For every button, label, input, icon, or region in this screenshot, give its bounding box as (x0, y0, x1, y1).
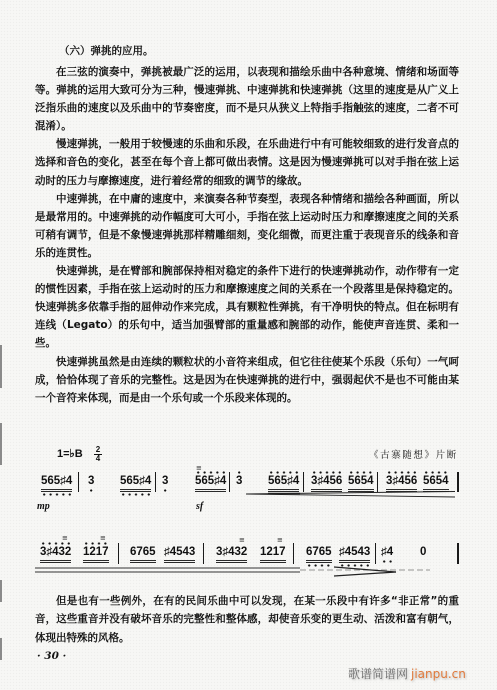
text-line: 等。弹挑的运用大致可分为三种，慢速弹挑、中速弹挑和快速弹挑（这里的速度是从广义上 (35, 83, 459, 97)
text-line: 快速弹挑多依靠手指的屈伸动作来完成，具有颗粒性弹挑，有干净明快的特点。但在标明有 (35, 300, 459, 314)
text-line: 在三弦的演奏中，弹挑被最广泛的运用，以表现和描绘乐曲中各种意境、情绪和场面等 (56, 65, 459, 79)
text-line: 可稍有调节，但是不象慢速弹挑那样精雕细刻，变化细微，而更注重于表现音乐的线条和音 (35, 228, 459, 242)
text-line: 成，恰恰体现了音乐的完整性。这是因为在快速弹挑的进行中，强弱起伏不是也不可能由某 (35, 373, 459, 387)
text-line: 体现出特殊的风格。 (35, 631, 130, 645)
text-line: 快速弹挑虽然是由连续的颗粒状的小音符来组成，但它往往使某个乐段（乐句）一气呵 (56, 355, 459, 369)
text-line: 一个音符来体现，而是由一个乐句或一个乐段来体现的。 (35, 391, 298, 405)
watermark-site-name: 歌谱简谱网 (348, 667, 408, 681)
section-heading: （六）弹挑的应用。 (59, 44, 154, 58)
text-line: 些。 (35, 336, 56, 350)
text-line: 但是也有一些例外，在有的民间乐曲中可以发现，在某一乐段中有许多“非正常”的重 (56, 594, 459, 608)
text-line: 选择和音色的变化，甚至在每个音上都可做出表情。这是因为慢速弹挑可以对手指在弦上运 (35, 155, 459, 169)
text-line: 泛指乐曲的速度以及乐曲中的节奏密度，而不是只从狭义上特指手指触弦的速度，二者不可 (35, 101, 459, 115)
text-line: 是最常用的。中速弹挑的动作幅度可大可小，手指在弦上运动时压力和摩擦速度之间的关系 (35, 210, 459, 224)
scan-edge-artifact (0, 638, 2, 660)
text-line: 混淆）。 (35, 119, 72, 133)
text-line: 动时的压力与摩擦速度，进行着经常的细致的调节的缘故。 (35, 174, 308, 188)
crescendo-hairpin (246, 492, 455, 498)
page-number: · 30 · (37, 649, 66, 663)
text-line: 快速弹挑，是在臂部和腕部保持相对稳定的条件下进行的快速弹挑动作，动作带有一定 (56, 264, 459, 278)
phrase-lines (0, 440, 497, 590)
text-line: 的惯性因素，手指在弦上运动时的压力和摩擦速度之间的关系在一个段落里是保持稳定的。 (35, 282, 459, 296)
diminuendo-hairpin (334, 567, 396, 576)
text-line: 连线（Legato）的乐句中，适当加强臂部的重量感和腕部的动作，能使声音连贯、柔… (35, 318, 459, 332)
watermark: 歌谱简谱网jianpu.cn (348, 665, 466, 682)
scan-edge-artifact (0, 345, 2, 388)
text-line: 慢速弹挑，一般用于较慢速的乐曲和乐段，在乐曲进行中有可能较细致的进行发音点的 (56, 137, 459, 151)
watermark-url: jianpu.cn (411, 667, 466, 681)
text-line: 音，这些重音并没有破坏音乐的完整性和整体感，却使音乐变的更生动、活泼和富有朝气， (35, 612, 459, 626)
text-line: 中速弹挑，在中庸的速度中，来演奏各种节奏型，表现各种情绪和描绘各种画面，所以 (56, 192, 459, 206)
text-line: 乐的连贯性。 (35, 246, 98, 260)
